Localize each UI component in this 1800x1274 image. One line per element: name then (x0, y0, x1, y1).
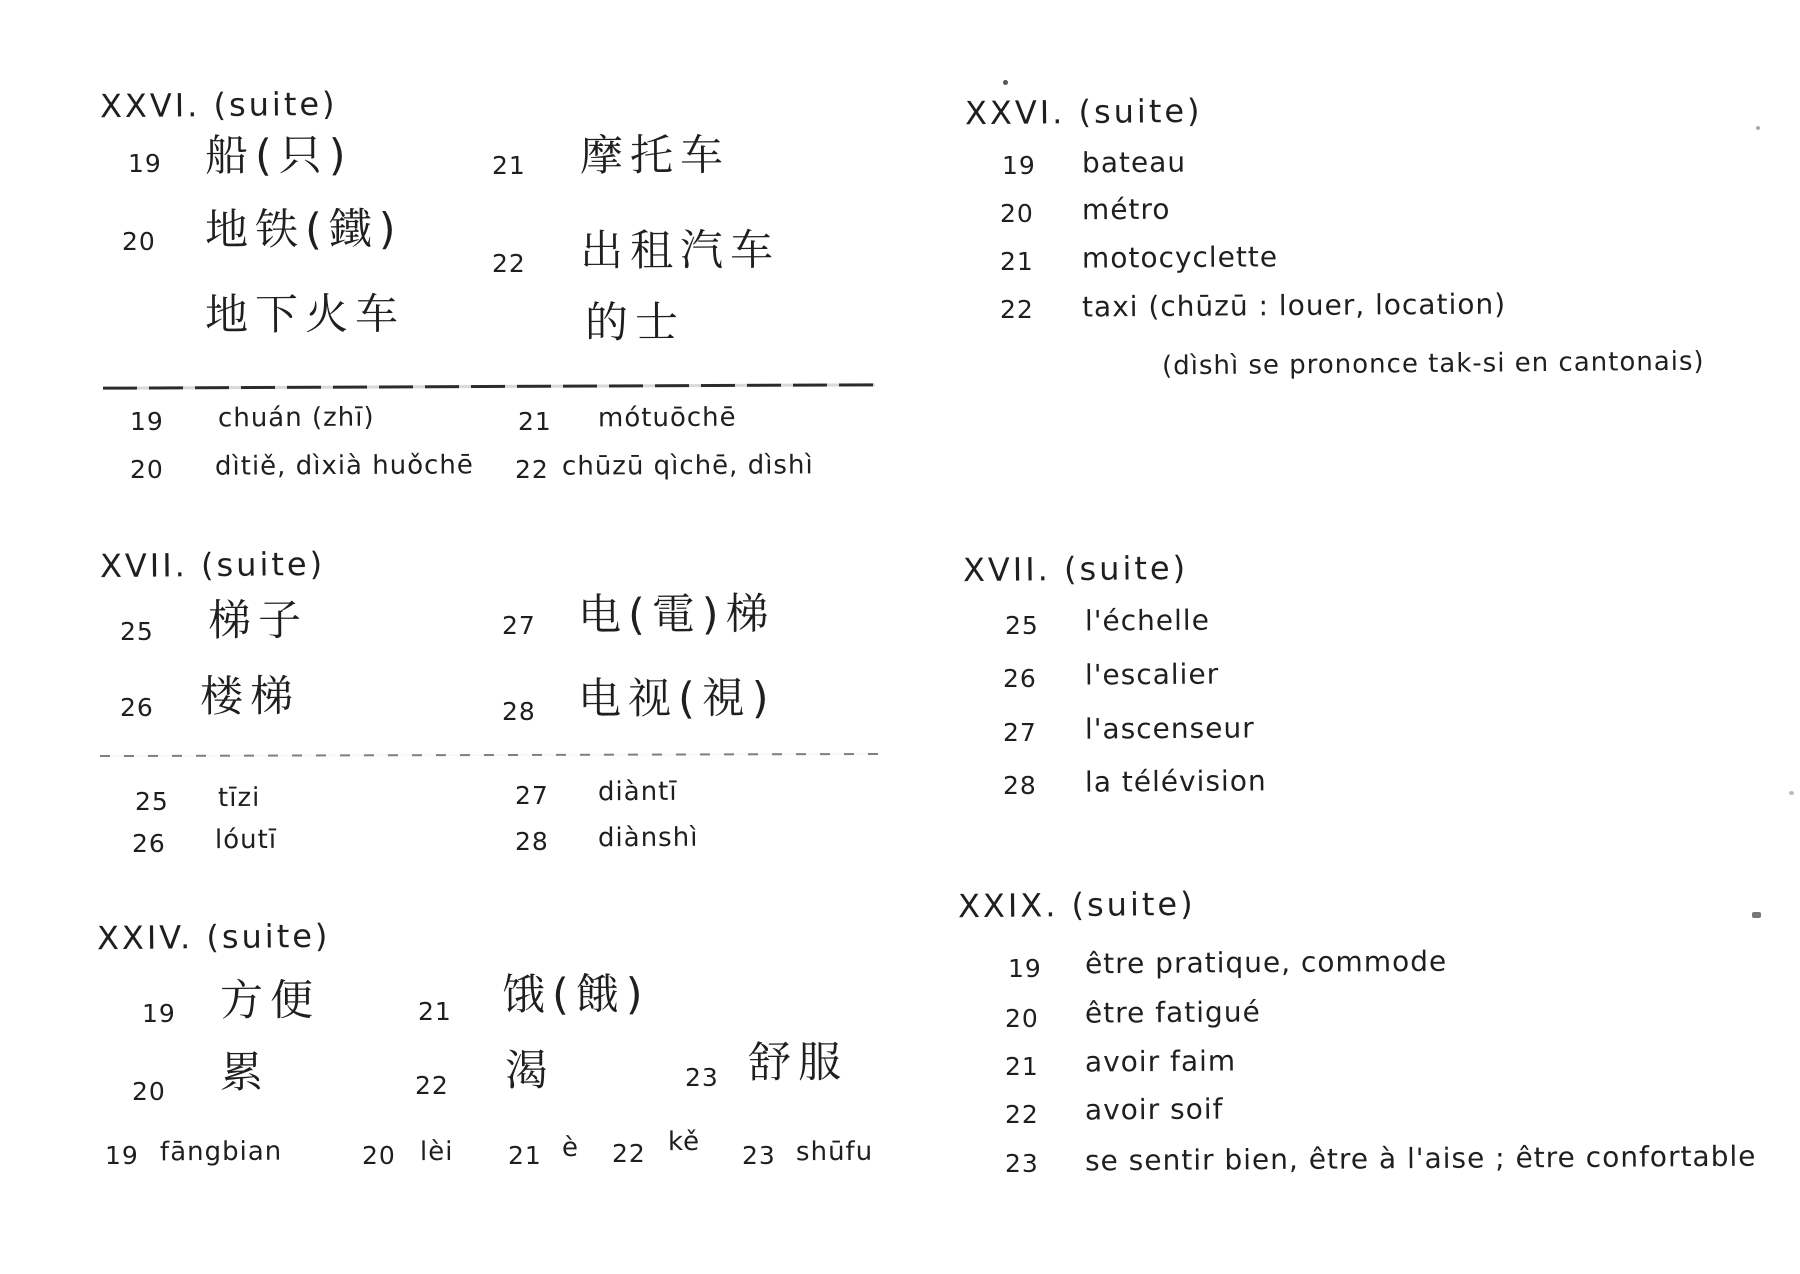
hanzi-text: 船(只) (205, 133, 353, 181)
item-number: 19 (142, 1000, 176, 1028)
item-number: 22 (1005, 1101, 1039, 1129)
item-number: 20 (362, 1142, 396, 1170)
separator-line (103, 383, 875, 389)
pinyin-text: è (562, 1134, 579, 1163)
item-number: 27 (502, 612, 536, 640)
item-number: 21 (418, 998, 452, 1026)
item-number: 19 (128, 150, 162, 178)
french-text: être fatigué (1085, 997, 1261, 1029)
french-text: bateau (1082, 148, 1186, 180)
item-number: 23 (742, 1142, 776, 1170)
pronunciation-note: (dìshì se prononce tak-si en cantonais) (1162, 348, 1705, 381)
hanzi-text: 电视(視) (578, 675, 776, 723)
ink-speck (1789, 791, 1794, 795)
separator-line (100, 753, 878, 757)
item-number: 23 (685, 1064, 719, 1092)
french-text: l'ascenseur (1085, 713, 1255, 745)
section-heading-right-xvii: XVII. (suite) (963, 551, 1188, 589)
item-number: 22 (1000, 296, 1034, 324)
pinyin-text: fāngbian (160, 1138, 282, 1167)
hanzi-text: 出租汽车 (580, 227, 780, 275)
scanned-notebook-page: XXVI. (suite) 19 船(只) 21 摩托车 20 地铁(鐵) 22… (0, 0, 1800, 1274)
french-text: la télévision (1085, 766, 1267, 798)
item-number: 19 (1002, 152, 1036, 180)
french-text: avoir faim (1085, 1046, 1236, 1078)
item-number: 20 (1000, 200, 1034, 228)
hanzi-text: 电(電)梯 (578, 591, 776, 639)
french-text: motocyclette (1082, 242, 1278, 274)
item-number: 28 (502, 698, 536, 726)
pinyin-text: chūzū qìchē, dìshì (562, 451, 814, 481)
item-number: 21 (518, 408, 552, 436)
hanzi-text: 地铁(鐵) (205, 206, 403, 254)
french-text: être pratique, commode (1085, 947, 1447, 980)
french-text: se sentir bien, être à l'aise ; être con… (1085, 1142, 1757, 1177)
item-number: 23 (1005, 1150, 1039, 1178)
hanzi-text: 梯子 (208, 598, 308, 646)
item-number: 21 (508, 1142, 542, 1170)
pinyin-text: diànshì (598, 824, 699, 853)
item-number: 19 (105, 1142, 139, 1170)
item-number: 20 (130, 456, 164, 484)
item-number: 27 (515, 782, 549, 810)
ink-speck (1003, 80, 1008, 85)
section-heading-right-xxix: XXIX. (suite) (958, 887, 1196, 925)
pinyin-text: lèi (420, 1138, 454, 1167)
pinyin-text: shūfu (796, 1138, 873, 1167)
item-number: 21 (492, 152, 526, 180)
hanzi-text: 舒服 (748, 1040, 848, 1088)
item-number: 20 (132, 1078, 166, 1106)
item-number: 20 (122, 228, 156, 256)
item-number: 25 (120, 618, 154, 646)
section-heading-left-xxvi: XXVI. (suite) (100, 87, 338, 125)
item-number: 22 (415, 1072, 449, 1100)
section-heading-left-xxiv: XXIV. (suite) (97, 919, 331, 957)
french-text: l'escalier (1085, 660, 1219, 692)
pinyin-text: tīzi (218, 784, 260, 813)
hanzi-text: 饿(餓) (502, 972, 650, 1020)
french-text: l'échelle (1085, 606, 1210, 638)
hanzi-text: 累 (220, 1050, 270, 1098)
hanzi-text: 楼梯 (200, 674, 300, 722)
item-number: 22 (492, 250, 526, 278)
item-number: 28 (1003, 772, 1037, 800)
pinyin-text: diàntī (598, 778, 678, 807)
item-number: 20 (1005, 1005, 1039, 1033)
french-text: métro (1082, 195, 1171, 226)
item-number: 27 (1003, 719, 1037, 747)
french-text: avoir soif (1085, 1095, 1224, 1127)
pinyin-text: kě (668, 1128, 700, 1157)
item-number: 21 (1000, 248, 1034, 276)
section-heading-left-xvii: XVII. (suite) (100, 547, 325, 585)
item-number: 19 (1008, 955, 1042, 983)
hanzi-text: 地下火车 (205, 291, 405, 339)
item-number: 22 (612, 1140, 646, 1168)
item-number: 26 (132, 830, 166, 858)
item-number: 19 (130, 408, 164, 436)
pinyin-text: chuán (zhī) (218, 404, 375, 433)
hanzi-text: 的士 (585, 300, 685, 348)
pinyin-text: mótuōchē (598, 404, 737, 433)
ink-speck (1752, 912, 1761, 918)
pinyin-text: dìtiě, dìxià huǒchē (215, 451, 474, 481)
item-number: 25 (135, 788, 169, 816)
hanzi-text: 渴 (505, 1048, 555, 1096)
item-number: 26 (1003, 665, 1037, 693)
hanzi-text: 摩托车 (580, 133, 730, 181)
hanzi-text: 方便 (220, 978, 320, 1026)
french-text: taxi (chūzū : louer, location) (1082, 290, 1506, 324)
item-number: 28 (515, 828, 549, 856)
pinyin-text: lóutī (215, 826, 277, 855)
item-number: 25 (1005, 612, 1039, 640)
item-number: 21 (1005, 1053, 1039, 1081)
item-number: 26 (120, 694, 154, 722)
section-heading-right-xxvi: XXVI. (suite) (965, 94, 1203, 132)
ink-speck (1756, 126, 1760, 130)
item-number: 22 (515, 456, 549, 484)
